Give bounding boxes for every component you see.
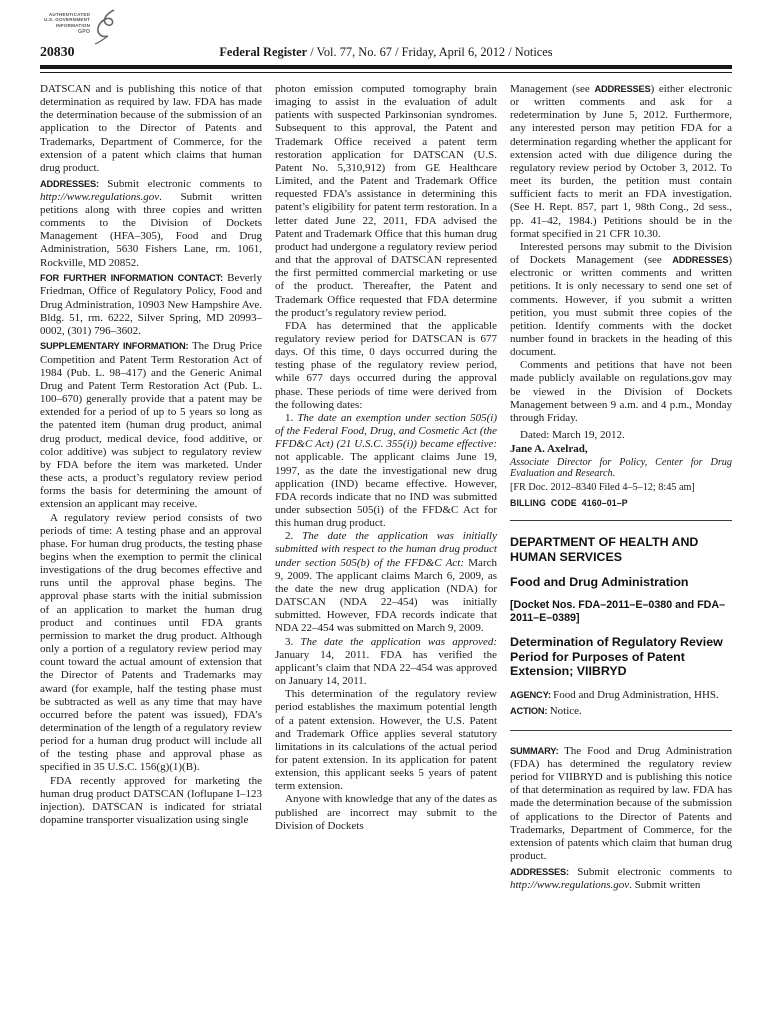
seal-gpo-label: GPO xyxy=(78,30,90,35)
column-3: Management (see ADDRESSES) either electr… xyxy=(510,83,732,1015)
datscan-approval-history-paragraph: photon emission computed tomography brai… xyxy=(275,83,497,320)
comments-redetermination-paragraph: Management (see ADDRESSES) either electr… xyxy=(510,83,732,241)
regulatory-period-determination-paragraph: FDA has determined that the applicable r… xyxy=(275,320,497,412)
gpo-seal-text: AUTHENTICATED U.S. GOVERNMENT INFORMATIO… xyxy=(44,8,90,36)
signature-name: Jane A. Axelrad, xyxy=(510,443,732,457)
department-heading: DEPARTMENT OF HEALTH AND HUMAN SERVICES xyxy=(510,535,732,564)
billing-code-line: BILLING CODE 4160–01–P xyxy=(510,498,732,508)
continuation-paragraph-datscan: DATSCAN and is publishing this notice of… xyxy=(40,83,262,175)
patent-extension-limits-paragraph: This determination of the regulatory rev… xyxy=(275,688,497,793)
header-rule-thin xyxy=(40,72,732,73)
journal-line: Federal Register / Vol. 77, No. 67 / Fri… xyxy=(40,45,732,60)
summary-divider xyxy=(510,730,732,731)
federal-register-page: AUTHENTICATED U.S. GOVERNMENT INFORMATIO… xyxy=(0,0,770,1024)
signature-title: Associate Director for Policy, Center fo… xyxy=(510,457,732,481)
journal-title: Federal Register xyxy=(219,45,307,59)
page-header: 20830 Federal Register / Vol. 77, No. 67… xyxy=(40,44,732,61)
regulatory-review-explainer-paragraph: A regulatory review period consists of t… xyxy=(40,512,262,775)
interested-persons-paragraph: Interested persons may submit to the Div… xyxy=(510,241,732,359)
supplementary-information-section: SUPPLEMENTARY INFORMATION: The Drug Pric… xyxy=(40,340,262,511)
addresses-section-2: ADDRESSES: Submit electronic comments to… xyxy=(510,866,732,892)
agency-section: AGENCY: Food and Drug Administration, HH… xyxy=(510,689,732,702)
date-item-3: 3. The date the application was approved… xyxy=(275,636,497,689)
dated-line: Dated: March 19, 2012. xyxy=(510,428,732,442)
column-2: photon emission computed tomography brai… xyxy=(275,83,497,1015)
fr-doc-line: [FR Doc. 2012–8340 Filed 4–5–12; 8:45 am… xyxy=(510,482,732,494)
notice-title: Determination of Regulatory Review Perio… xyxy=(510,635,732,679)
agency-subheading: Food and Drug Administration xyxy=(510,575,732,590)
section-divider xyxy=(510,520,732,521)
further-info-contact-section: FOR FURTHER INFORMATION CONTACT: Beverly… xyxy=(40,272,262,338)
summary-section: SUMMARY: The Food and Drug Administratio… xyxy=(510,745,732,863)
incorrect-dates-paragraph: Anyone with knowledge that any of the da… xyxy=(275,793,497,832)
docket-numbers: [Docket Nos. FDA–2011–E–0380 and FDA–201… xyxy=(510,599,732,624)
date-item-2: 2. The date the application was initiall… xyxy=(275,530,497,635)
addresses-section: ADDRESSES: Submit electronic comments to… xyxy=(40,178,262,270)
fda-approval-datscan-paragraph: FDA recently approved for marketing the … xyxy=(40,775,262,828)
header-rule-thick xyxy=(40,65,732,69)
three-column-body: DATSCAN and is publishing this notice of… xyxy=(40,83,732,1015)
action-section: ACTION: Notice. xyxy=(510,705,732,718)
journal-issue-info: / Vol. 77, No. 67 / Friday, April 6, 201… xyxy=(307,45,553,59)
public-availability-paragraph: Comments and petitions that have not bee… xyxy=(510,359,732,425)
date-item-1: 1. The date an exemption under section 5… xyxy=(275,412,497,530)
seal-line-3: INFORMATION xyxy=(56,23,90,28)
column-1: DATSCAN and is publishing this notice of… xyxy=(40,83,262,1015)
